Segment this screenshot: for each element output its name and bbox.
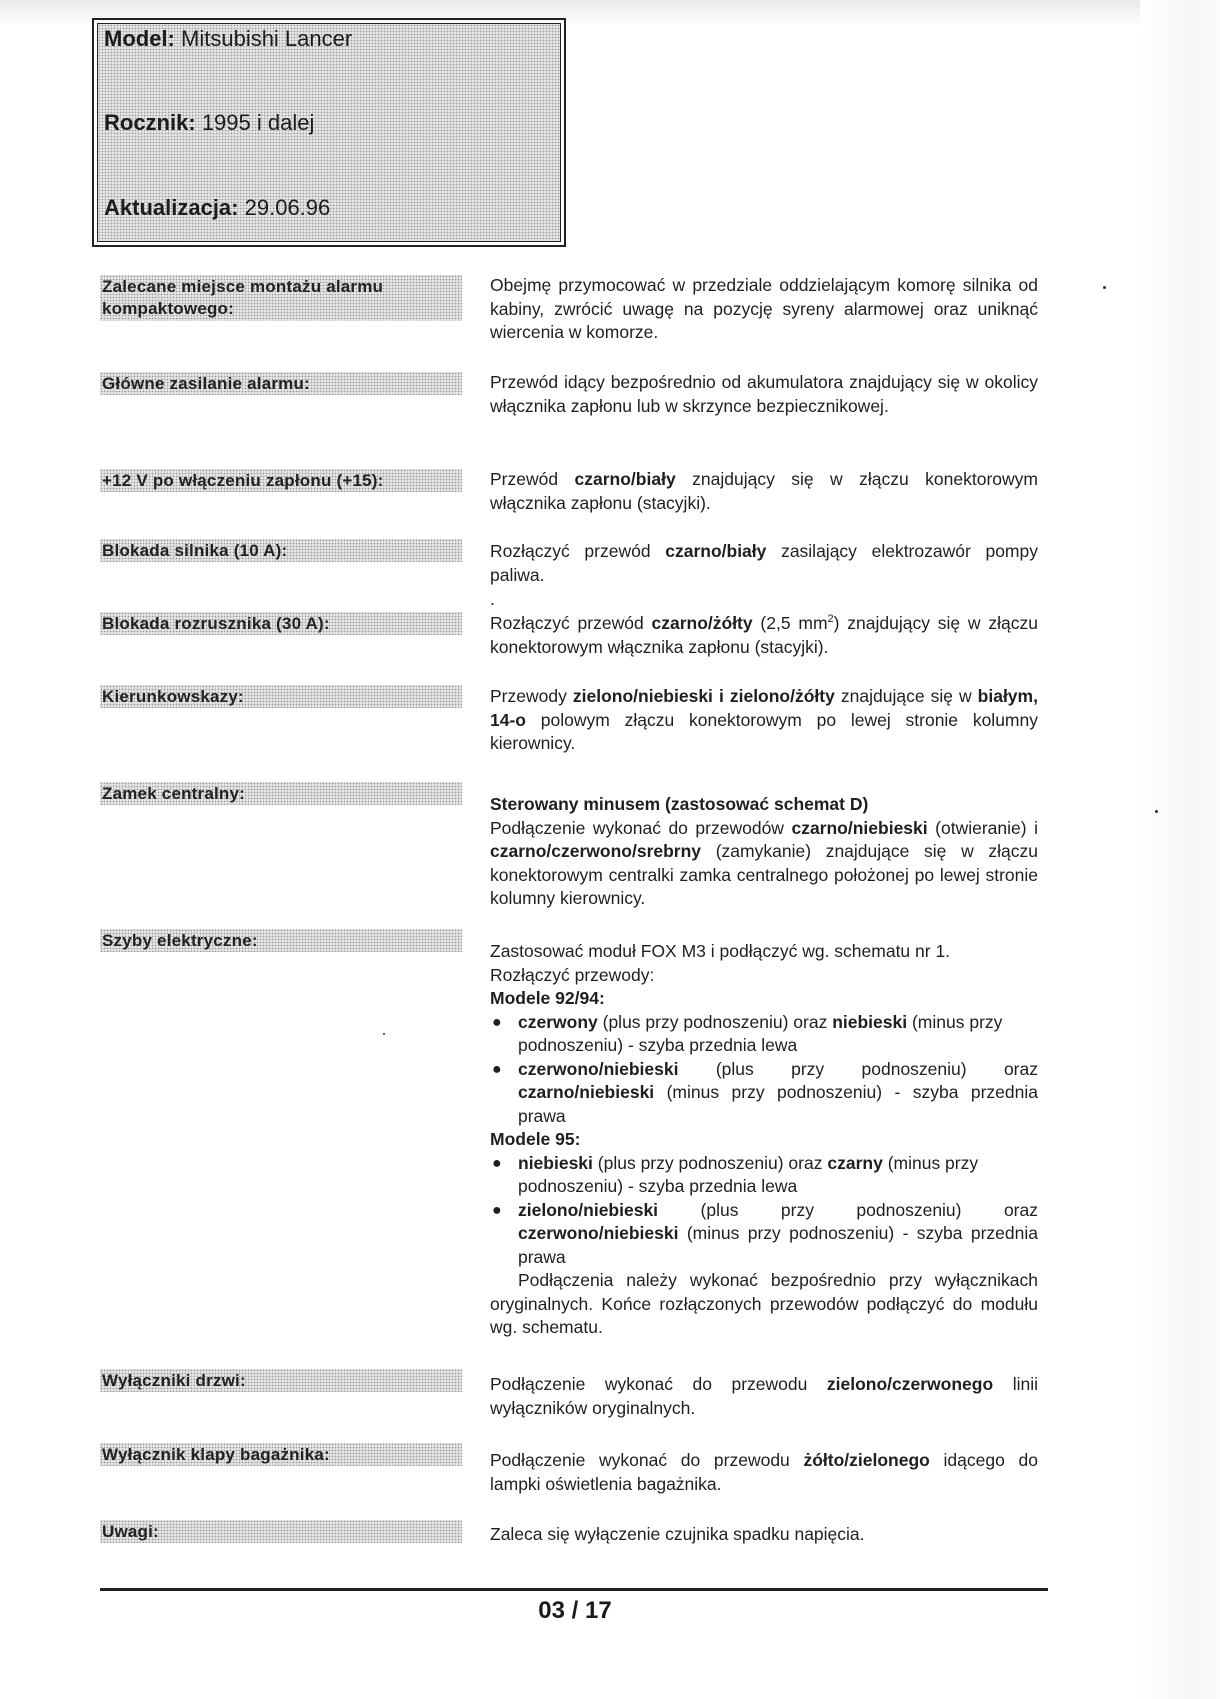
text-part: znajdujący się w złączu konektorowym włą… <box>490 469 1038 513</box>
year-value: 1995 i dalej <box>202 110 315 135</box>
wire-color: czarno/czerwono/srebrny <box>490 841 701 861</box>
text-starter-immobilizer: . Rozłączyć przewód czarno/żółty (2,5 mm… <box>490 586 1038 659</box>
page-number: 03 / 17 <box>0 1597 1150 1625</box>
text-part: (plus przy podnoszeniu) oraz <box>716 1059 1038 1079</box>
wire-color: niebieski <box>832 1012 907 1032</box>
text-part: (2,5 mm <box>760 613 827 633</box>
label-trunk-switch: Wyłącznik klapy bagażnika: <box>100 1443 462 1466</box>
text-mounting-location: Obejmę przymocować w przedziale oddziela… <box>490 274 1038 345</box>
list-item: ● czerwony (plus przy podnoszeniu) oraz … <box>490 1011 1038 1058</box>
stray-mark: . <box>490 586 1038 612</box>
text-part: Przewód <box>490 469 558 489</box>
scan-shadow-right <box>1140 0 1220 1699</box>
model-label: Model: <box>104 26 175 51</box>
year-label: Rocznik: <box>104 110 196 135</box>
label-power-windows: Szyby elektryczne: <box>100 929 462 952</box>
wire-color: zielono/niebieski <box>518 1200 658 1220</box>
group-title-92-94: Modele 92/94: <box>490 988 605 1008</box>
central-lock-heading: Sterowany minusem (zastosować schemat D) <box>490 794 868 814</box>
text-part: (otwieranie) i <box>935 818 1038 838</box>
scan-speck <box>383 1033 385 1035</box>
bullet-icon: ● <box>492 1152 502 1176</box>
label-main-power: Główne zasilanie alarmu: <box>100 372 462 395</box>
label-ignition-12v: +12 V po włączeniu zapłonu (+15): <box>100 469 462 492</box>
main-power-text: Przewód idący bezpośrednio od akumulator… <box>490 371 1038 418</box>
wire-color: czarno/biały <box>665 541 766 561</box>
text-part: Rozłączyć przewód <box>490 613 644 633</box>
label-door-switches: Wyłączniki drzwi: <box>100 1369 462 1392</box>
wire-color: czarno/biały <box>575 469 676 489</box>
wire-color: zielono/niebieski i <box>573 686 724 706</box>
text-part: polowym złączu konektorowym po lewej str… <box>490 710 1038 754</box>
text-turn-signals: Przewody zielono/niebieski i zielono/żół… <box>490 685 1038 756</box>
text-door-switches: Podłączenie wykonać do przewodu zielono/… <box>490 1373 1038 1420</box>
text-part: Rozłączyć przewód <box>490 541 651 561</box>
text-part: (plus przy podnoszeniu) oraz <box>701 1200 1038 1220</box>
bullet-icon: ● <box>492 1011 502 1035</box>
scan-speck <box>1103 286 1106 289</box>
wire-color: zielono/żółty <box>730 686 835 706</box>
text-part: Podłączenie wykonać do przewodu <box>490 1374 807 1394</box>
header-box: Model: Mitsubishi Lancer Rocznik: 1995 i… <box>92 18 566 247</box>
header-inner: Model: Mitsubishi Lancer Rocznik: 1995 i… <box>97 23 561 242</box>
label-notes: Uwagi: <box>100 1520 462 1543</box>
mounting-location-text: Obejmę przymocować w przedziale oddziela… <box>490 274 1038 345</box>
text-central-lock: Sterowany minusem (zastosować schemat D)… <box>490 793 1038 911</box>
power-windows-intro: Zastosować moduł FOX M3 i podłączyć wg. … <box>490 940 1038 964</box>
wire-color: zielono/czerwonego <box>827 1374 993 1394</box>
update-value: 29.06.96 <box>245 195 331 220</box>
label-engine-immobilizer: Blokada silnika (10 A): <box>100 539 462 562</box>
bullet-icon: ● <box>492 1199 502 1223</box>
text-trunk-switch: Podłączenie wykonać do przewodu żółto/zi… <box>490 1449 1038 1496</box>
label-turn-signals: Kierunkowskazy: <box>100 685 462 708</box>
model-line: Model: Mitsubishi Lancer <box>104 26 352 52</box>
wire-color: czarno/niebieski <box>791 818 927 838</box>
footer-divider <box>100 1588 1048 1591</box>
bullet-list-92-94: ● czerwony (plus przy podnoszeniu) oraz … <box>490 1011 1038 1129</box>
text-power-windows: Zastosować moduł FOX M3 i podłączyć wg. … <box>490 940 1038 1340</box>
list-item: ● niebieski (plus przy podnoszeniu) oraz… <box>490 1152 1038 1199</box>
text-part: znajdujące się w <box>841 686 972 706</box>
text-engine-immobilizer: Rozłączyć przewód czarno/biały zasilając… <box>490 540 1038 587</box>
update-line: Aktualizacja: 29.06.96 <box>104 195 330 221</box>
bullet-list-95: ● niebieski (plus przy podnoszeniu) oraz… <box>490 1152 1038 1270</box>
text-part: (plus przy podnoszeniu) oraz <box>603 1012 828 1032</box>
text-notes: Zaleca się wyłączenie czujnika spadku na… <box>490 1523 1038 1547</box>
power-windows-intro2: Rozłączyć przewody: <box>490 964 1038 988</box>
text-main-power: Przewód idący bezpośrednio od akumulator… <box>490 371 1038 418</box>
starter-immobilizer-text: Rozłączyć przewód czarno/żółty (2,5 mm2)… <box>490 612 1038 659</box>
scan-speck <box>1155 810 1158 813</box>
label-mounting-location: Zalecane miejsce montażu alarmu kompakto… <box>100 275 462 321</box>
text-part: Przewody <box>490 686 567 706</box>
wire-color: czerwony <box>518 1012 598 1032</box>
model-value: Mitsubishi Lancer <box>181 26 352 51</box>
engine-immobilizer-text: Rozłączyć przewód czarno/biały zasilając… <box>490 540 1038 587</box>
text-part: Podłączenie wykonać do przewodu <box>490 1450 790 1470</box>
label-starter-immobilizer: Blokada rozrusznika (30 A): <box>100 612 462 635</box>
wire-color: czarny <box>827 1153 882 1173</box>
text-ignition-12v: Przewód czarno/biały znajdujący się w zł… <box>490 468 1038 515</box>
year-line: Rocznik: 1995 i dalej <box>104 110 314 136</box>
wire-color: niebieski <box>518 1153 593 1173</box>
power-windows-closing: Podłączenia należy wykonać bezpośrednio … <box>490 1269 1038 1340</box>
wire-color: czerwono/niebieski <box>518 1223 678 1243</box>
notes-text: Zaleca się wyłączenie czujnika spadku na… <box>490 1523 1038 1547</box>
group-title-95: Modele 95: <box>490 1129 580 1149</box>
text-part: (plus przy podnoszeniu) oraz <box>598 1153 823 1173</box>
update-label: Aktualizacja: <box>104 195 239 220</box>
label-central-lock: Zamek centralny: <box>100 782 462 805</box>
door-switches-text: Podłączenie wykonać do przewodu zielono/… <box>490 1373 1038 1420</box>
ignition-12v-text: Przewód czarno/biały znajdujący się w zł… <box>490 468 1038 515</box>
trunk-switch-text: Podłączenie wykonać do przewodu żółto/zi… <box>490 1449 1038 1496</box>
list-item: ● czerwono/niebieski (plus przy podnosze… <box>490 1058 1038 1129</box>
list-item: ● zielono/niebieski (plus przy podnoszen… <box>490 1199 1038 1270</box>
central-lock-text: Podłączenie wykonać do przewodów czarno/… <box>490 817 1038 911</box>
wire-color: czarno/niebieski <box>518 1082 654 1102</box>
wire-color: czarno/żółty <box>651 613 752 633</box>
turn-signals-text: Przewody zielono/niebieski i zielono/żół… <box>490 685 1038 756</box>
wire-color: czerwono/niebieski <box>518 1059 678 1079</box>
text-part: Podłączenie wykonać do przewodów <box>490 818 784 838</box>
bullet-icon: ● <box>492 1058 502 1082</box>
wire-color: żółto/zielonego <box>803 1450 929 1470</box>
